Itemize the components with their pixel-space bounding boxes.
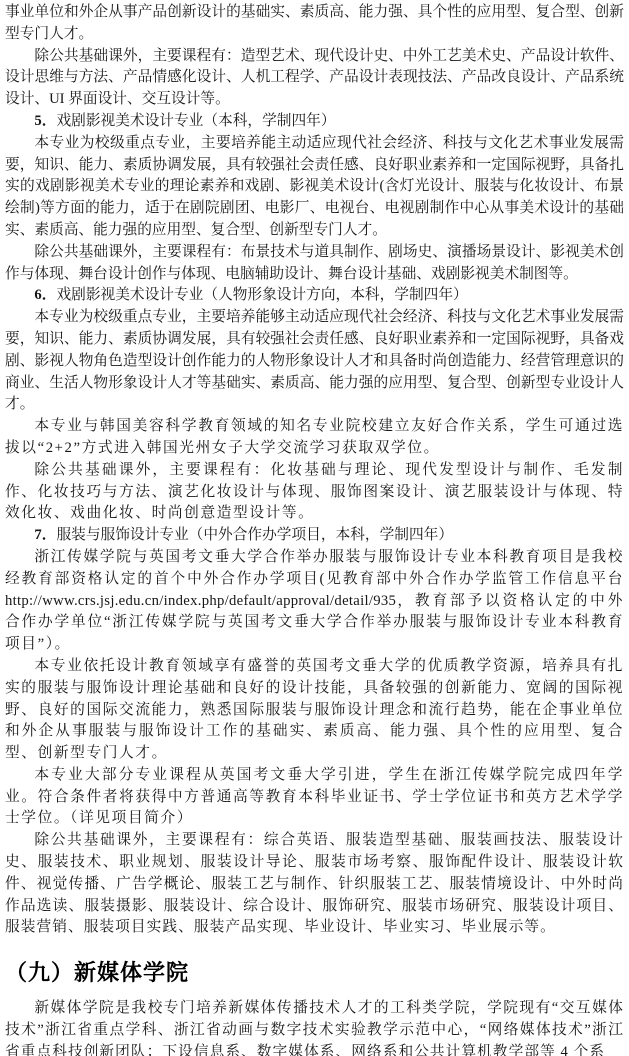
major-5-heading: 5．戏剧影视美术设计专业（本科，学制四年） xyxy=(5,111,624,133)
major-6-title: 戏剧影视美术设计专业（人物形象设计方向，本科，学制四年） xyxy=(56,287,467,303)
major-5-courses-paragraph: 除公共基础课外，主要课程有：布景技术与道具制作、剧场史、演播场景设计、影视美术创… xyxy=(5,242,624,286)
major-5-title: 戏剧影视美术设计专业（本科，学制四年） xyxy=(56,113,335,129)
major-7-description-paragraph: 本专业依托设计教育领域享有盛誉的英国考文垂大学的优质教学资源，培养具有扎实的服装… xyxy=(5,656,624,765)
major-7-title: 服装与服饰设计专业（中外合作办学项目，本科，学制四年） xyxy=(56,527,453,543)
continued-paragraph: 事业单位和外企从事产品创新设计的基础实、素质高、能力强、具个性的应用型、复合型、… xyxy=(5,2,624,46)
major-7-number: 7． xyxy=(34,527,56,543)
major-6-number: 6． xyxy=(34,287,56,303)
major-6-cooperation-paragraph: 本专业与韩国美容科学教育领域的知名专业院校建立友好合作关系，学生可通过选拔以“2… xyxy=(5,416,624,460)
major-5-description-paragraph: 本专业为校级重点专业，主要培养能主动适应现代社会经济、科技与文化艺术事业发展需要… xyxy=(5,133,624,242)
major-6-courses-paragraph: 除公共基础课外，主要课程有：化妆基础与理论、现代发型设计与制作、毛发制作、化妆技… xyxy=(5,460,624,525)
section-9-heading: （九）新媒体学院 xyxy=(5,959,624,987)
major-6-heading: 6．戏剧影视美术设计专业（人物形象设计方向，本科，学制四年） xyxy=(5,285,624,307)
major-7-project-text-pre: 浙江传媒学院与英国考文垂大学合作举办服装与服饰设计专业本科教育项目是我校经教育部… xyxy=(5,549,624,587)
section-9-intro-paragraph: 新媒体学院是我校专门培养新媒体传播技术人才的工科类学院，学院现有“交互媒体技术”… xyxy=(5,998,624,1056)
document-page: 事业单位和外企从事产品创新设计的基础实、素质高、能力强、具个性的应用型、复合型、… xyxy=(0,0,629,1056)
major-7-heading: 7．服装与服饰设计专业（中外合作办学项目，本科，学制四年） xyxy=(5,525,624,547)
major-5-number: 5． xyxy=(34,113,56,129)
courses-paragraph-major-4: 除公共基础课外，主要课程有：造型艺术、现代设计史、中外工艺美术史、产品设计软件、… xyxy=(5,46,624,111)
major-7-project-paragraph: 浙江传媒学院与英国考文垂大学合作举办服装与服饰设计专业本科教育项目是我校经教育部… xyxy=(5,547,624,656)
project-approval-url: http://www.crs.jsj.edu.cn/index.php/defa… xyxy=(5,593,396,609)
major-7-courses-paragraph: 除公共基础课外，主要课程有：综合英语、服装造型基础、服装画技法、服装设计史、服装… xyxy=(5,830,624,939)
document-body: { "page": { "background_color": "#ffffff… xyxy=(0,0,629,1056)
major-6-description-paragraph: 本专业为校级重点专业，主要培养能够主动适应现代社会经济、科技与文化艺术事业发展需… xyxy=(5,307,624,416)
major-7-degree-paragraph: 本专业大部分专业课程从英国考文垂大学引进，学生在浙江传媒学院完成四年学业。符合条… xyxy=(5,765,624,830)
